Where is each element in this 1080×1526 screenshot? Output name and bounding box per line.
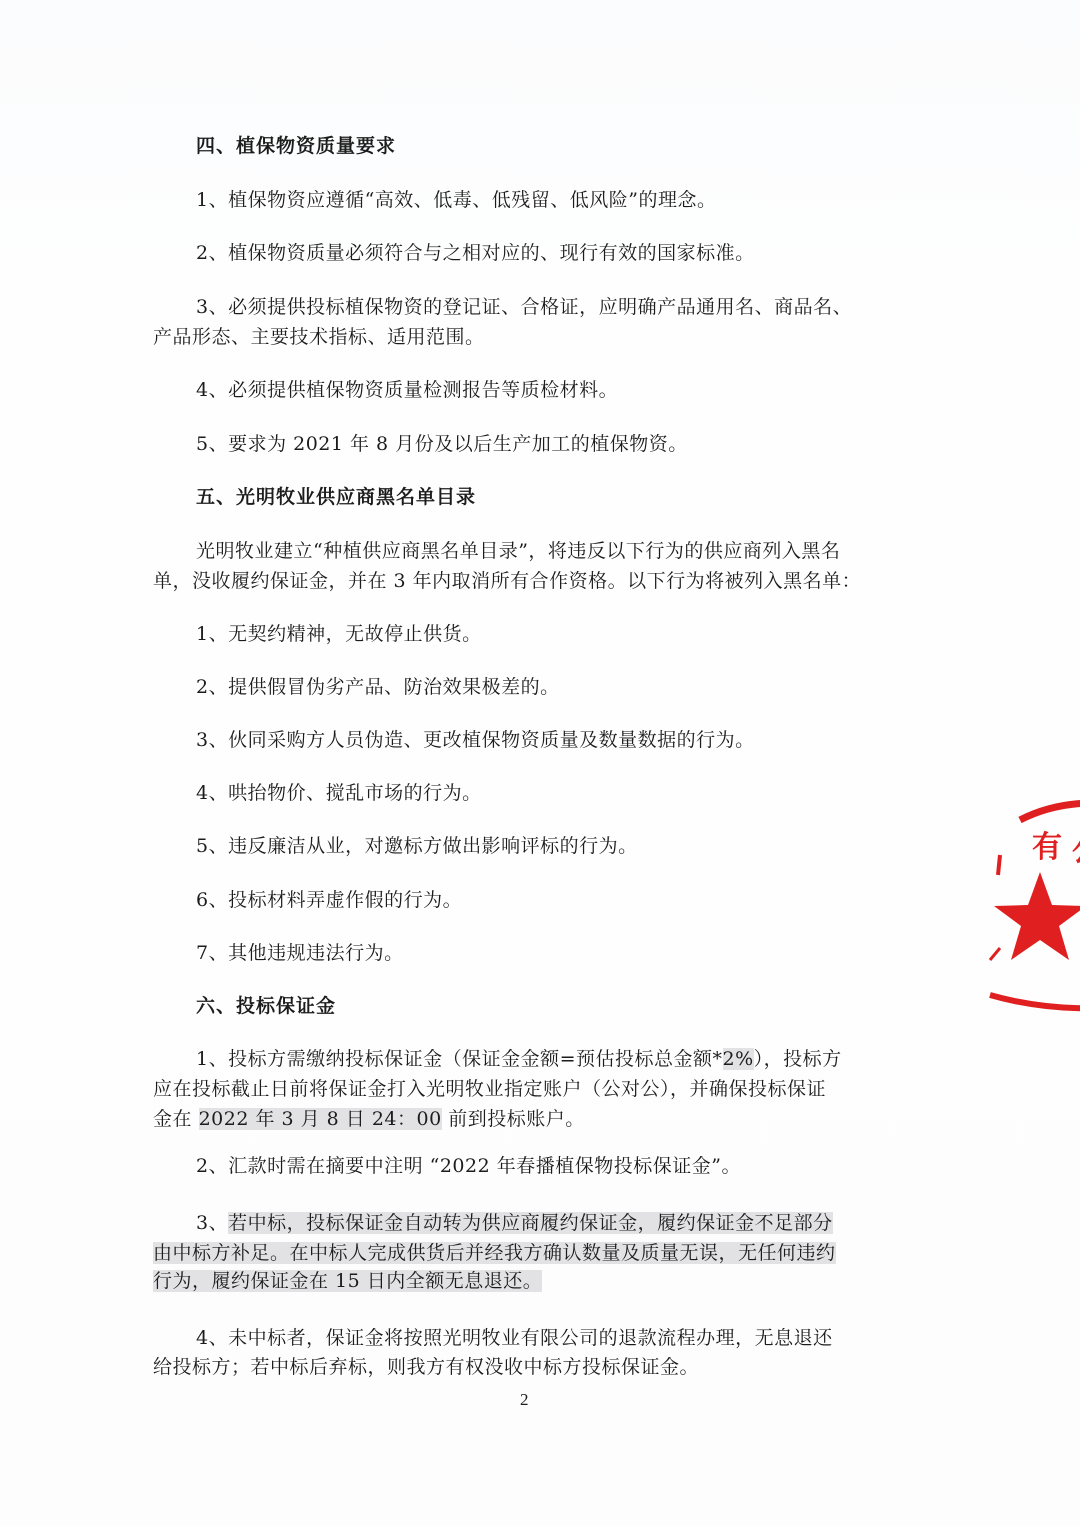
blacklist-item-4: 4、哄抬物价、搅乱市场的行为。 (196, 780, 482, 806)
star-icon (994, 872, 1080, 960)
deposit-item-3-prefix: 3、 (196, 1212, 228, 1234)
blacklist-item-2: 2、提供假冒伪劣产品、防治效果极差的。 (196, 674, 560, 700)
deposit-item-1-text-a: 1、投标方需缴纳投标保证金（保证金金额=预估投标总金额* (196, 1048, 723, 1070)
deadline-highlight: 2022 年 3 月 8 日 24：00 (199, 1108, 442, 1130)
seal-graphic (960, 800, 1080, 1020)
blacklist-item-7: 7、其他违规违法行为。 (196, 940, 404, 966)
section-4-item-3: 3、必须提供投标植保物资的登记证、合格证，应明确产品通用名、商品名、 (196, 294, 852, 320)
deposit-item-1-line-3-a: 金在 (153, 1108, 192, 1130)
section-4-item-4: 4、必须提供植保物资质量检测报告等质检材料。 (196, 377, 618, 403)
section-4-item-3-cont: 产品形态、主要技术指标、适用范围。 (153, 324, 485, 350)
deposit-item-1-line-2: 应在投标截止日前将保证金打入光明牧业指定账户（公对公），并确保投标保证 (153, 1076, 826, 1102)
deposit-item-4-line-2: 给投标方；若中标后弃标，则我方有权没收中标方投标保证金。 (153, 1354, 699, 1380)
deposit-item-3-highlight-3: 行为，履约保证金在 15 日内全额无息退还。 (153, 1270, 542, 1292)
deposit-rate-highlight: 2% (723, 1048, 754, 1070)
section-4-item-1: 1、植保物资应遵循“高效、低毒、低残留、低风险”的理念。 (196, 187, 717, 213)
blacklist-item-1: 1、无契约精神，无故停止供货。 (196, 621, 482, 647)
deposit-item-3-line-3: 行为，履约保证金在 15 日内全额无息退还。 (153, 1268, 542, 1294)
section-heading-6: 六、投标保证金 (196, 993, 336, 1019)
deposit-item-3-line-2: 由中标方补足。在中标人完成供货后并经我方确认数量及质量无误，无任何违约 (153, 1240, 836, 1266)
section-4-item-5: 5、要求为 2021 年 8 月份及以后生产加工的植保物资。 (196, 431, 688, 457)
page-number: 2 (520, 1390, 529, 1410)
blacklist-item-3: 3、伙同采购方人员伪造、更改植保物资质量及数量数据的行为。 (196, 727, 755, 753)
deposit-item-1-line-3-b: 前到投标账户。 (448, 1108, 585, 1130)
deposit-item-1-line-1: 1、投标方需缴纳投标保证金（保证金金额=预估投标总金额*2%），投标方 (196, 1046, 842, 1072)
deposit-item-1-text-b: ），投标方 (754, 1048, 842, 1070)
deposit-item-3-highlight-1: 若中标，投标保证金自动转为供应商履约保证金，履约保证金不足部分 (228, 1212, 833, 1234)
section-5-intro-line-2: 单，没收履约保证金，并在 3 年内取消所有合作资格。以下行为将被列入黑名单： (153, 568, 861, 594)
deposit-item-1-line-3: 金在 2022 年 3 月 8 日 24：00 前到投标账户。 (153, 1106, 585, 1132)
seal-char-1: 有 (1032, 822, 1062, 866)
section-heading-4: 四、植保物资质量要求 (196, 133, 396, 159)
deposit-item-3-highlight-2: 由中标方补足。在中标人完成供货后并经我方确认数量及质量无误，无任何违约 (153, 1242, 836, 1264)
deposit-item-2: 2、汇款时需在摘要中注明 “2022 年春播植保物投标保证金”。 (196, 1153, 741, 1179)
company-seal: 有 公 (960, 800, 1080, 1020)
section-4-item-2: 2、植保物资质量必须符合与之相对应的、现行有效的国家标准。 (196, 240, 755, 266)
blacklist-item-5: 5、违反廉洁从业，对邀标方做出影响评标的行为。 (196, 833, 638, 859)
deposit-item-3-line-1: 3、若中标，投标保证金自动转为供应商履约保证金，履约保证金不足部分 (196, 1210, 833, 1236)
document-page: 四、植保物资质量要求 1、植保物资应遵循“高效、低毒、低残留、低风险”的理念。 … (0, 0, 1080, 1526)
section-heading-5: 五、光明牧业供应商黑名单目录 (196, 484, 476, 510)
blacklist-item-6: 6、投标材料弄虚作假的行为。 (196, 887, 462, 913)
section-5-intro-line-1: 光明牧业建立“种植供应商黑名单目录”，将违反以下行为的供应商列入黑名 (196, 538, 840, 564)
seal-char-2: 公 (1072, 826, 1080, 870)
deposit-item-4-line-1: 4、未中标者，保证金将按照光明牧业有限公司的退款流程办理，无息退还 (196, 1325, 833, 1351)
